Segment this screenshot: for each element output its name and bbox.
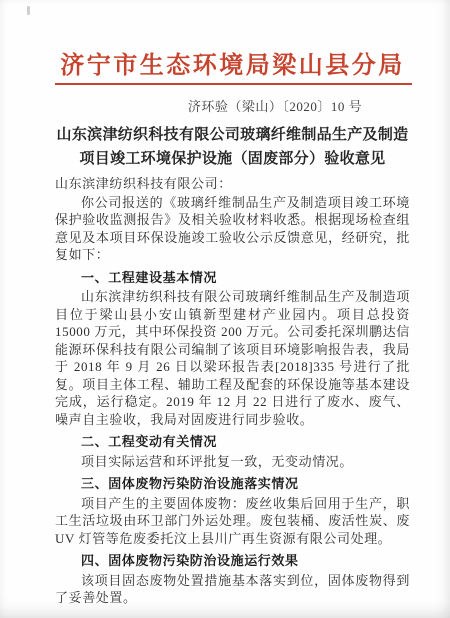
section-3-body: 项目产生的主要固体废物：废丝收集后回用于生产，职工生活垃圾由环卫部门外运处理。废… [55, 495, 410, 548]
document-body: 山东滨津纺织科技有限公司： 你公司报送的《玻璃纤维制品生产及制造项目竣工环境保护… [55, 175, 410, 607]
document-title-line1: 山东滨津纺织科技有限公司玻璃纤维制品生产及制造 [55, 123, 410, 147]
section-solid-waste-measures: 三、固体废物污染防治设施落实情况 项目产生的主要固体废物：废丝收集后回用于生产，… [55, 475, 410, 547]
section-1-heading: 一、工程建设基本情况 [55, 269, 410, 287]
section-solid-waste-effect: 四、固体废物污染防治设施运行效果 该项目固态废物处置措施基本落实到位，固体废物得… [55, 552, 410, 607]
agency-letterhead: 济宁市生态环境局梁山县分局 [55, 52, 410, 80]
scan-artifact-mark [27, 6, 30, 15]
scanned-document-page: 济宁市生态环境局梁山县分局 济环验（梁山）〔2020〕10 号 山东滨津纺织科技… [0, 0, 450, 618]
salutation: 山东滨津纺织科技有限公司： [55, 175, 410, 193]
section-1-body: 山东滨津纺织科技有限公司玻璃纤维制品生产及制造项目位于梁山县小安山镇新型建材产业… [55, 288, 410, 428]
section-project-changes: 二、工程变动有关情况 项目实际运营和环评批复一致，无变动情况。 [55, 433, 410, 470]
section-3-heading: 三、固体废物污染防治设施落实情况 [55, 475, 410, 493]
section-2-body: 项目实际运营和环评批复一致，无变动情况。 [55, 453, 410, 471]
document-title: 山东滨津纺织科技有限公司玻璃纤维制品生产及制造 项目竣工环境保护设施（固废部分）… [55, 123, 410, 171]
section-project-construction: 一、工程建设基本情况 山东滨津纺织科技有限公司玻璃纤维制品生产及制造项目位于梁山… [55, 269, 410, 429]
section-4-heading: 四、固体废物污染防治设施运行效果 [55, 552, 410, 570]
document-number: 济环验（梁山）〔2020〕10 号 [50, 99, 450, 115]
section-2-heading: 二、工程变动有关情况 [55, 433, 410, 451]
letterhead-rule [55, 83, 412, 85]
document-title-line2: 项目竣工环境保护设施（固废部分）验收意见 [55, 147, 410, 171]
section-4-body: 该项目固态废物处置措施基本落实到位，固体废物得到了妥善处置。 [55, 572, 410, 607]
intro-paragraph: 你公司报送的《玻璃纤维制品生产及制造项目竣工环境保护验收监测报告》及相关验收材料… [55, 194, 410, 264]
